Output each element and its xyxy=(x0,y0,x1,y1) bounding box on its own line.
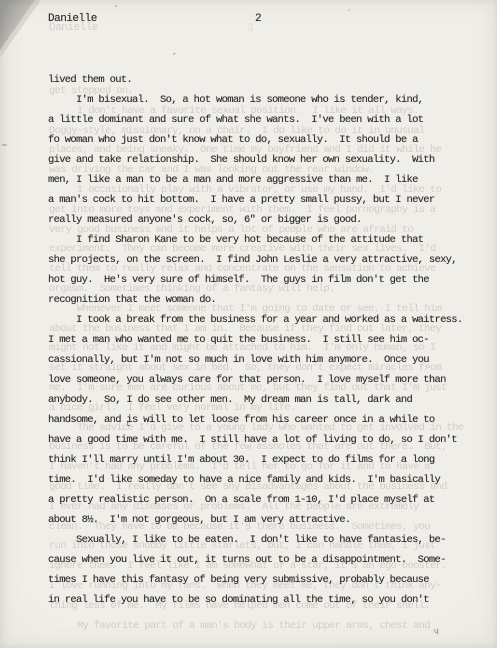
text-line: men, I like a man to be a man and more a… xyxy=(48,170,462,190)
text-line: I took a break from the business for a y… xyxy=(48,310,462,330)
text-line: I'm bisexual. So, a hot woman is someone… xyxy=(48,90,462,110)
typewritten-text: lived them out. I'm bisexual. So, a hot … xyxy=(48,70,462,610)
text-line: I find Sharon Kane to be very hot becaus… xyxy=(48,230,462,250)
text-line: about 8½. I'm not gorgeous, but I am ver… xyxy=(48,510,462,530)
text-line: lived them out. xyxy=(48,70,462,90)
text-line: cause when you live it out, it turns out… xyxy=(48,550,462,570)
text-line: fo woman who just don't know what to do,… xyxy=(48,130,462,150)
text-line: Sexually, I like to be eaten. I don't li… xyxy=(48,530,462,550)
text-line: handsome, and is will to let loose from … xyxy=(48,410,462,430)
text-line: hot guy. He's very sure of himself. The … xyxy=(48,270,462,290)
text-line: a man's cock to hit bottom. I have a pre… xyxy=(48,190,462,210)
bleedthrough-line: My favorite part of a man's body is thei… xyxy=(49,617,463,637)
page-number-ghost: 3 xyxy=(247,23,253,35)
folded-corner xyxy=(0,0,35,50)
correction-mark: t xyxy=(126,420,131,429)
text-line: think I'll marry until I'm about 30. I e… xyxy=(48,450,462,470)
scanned-page: Danielle Danielle 3 2 get stepped on. I … xyxy=(0,0,497,648)
text-line: time. I'd like someday to have a nice fa… xyxy=(48,470,462,490)
scan-speck xyxy=(115,5,117,7)
scan-speck xyxy=(348,9,350,11)
text-line: times I have this fantasy of being very … xyxy=(48,570,462,590)
scan-speck xyxy=(428,366,430,368)
text-line: in real life you have to be so dominatin… xyxy=(48,590,462,610)
text-line: really measured anyone's cock, so, 6" or… xyxy=(48,210,462,230)
text-line: anybody. So, I do see other men. My drea… xyxy=(48,390,462,410)
scan-speck xyxy=(2,144,7,146)
text-line: recognition that the woman do. xyxy=(48,290,462,310)
text-line: she projects, on the screen. I find John… xyxy=(48,250,462,270)
page-header-name: Danielle xyxy=(48,13,97,25)
text-line: have a good time with me. I still have a… xyxy=(48,430,462,450)
text-line: I met a man who wanted me to quit the bu… xyxy=(48,330,462,350)
text-line: a little dominant and sure of what she w… xyxy=(48,110,462,130)
text-line: a pretty realistic person. On a scale fr… xyxy=(48,490,462,510)
text-line: love someone, you always care for that p… xyxy=(48,370,462,390)
stray-pen-tick: ´ xyxy=(169,53,178,66)
text-line: give and take relationship. She should k… xyxy=(48,150,462,170)
page-number: 2 xyxy=(255,13,261,25)
text-line: cassionally, but I'm not so much in love… xyxy=(48,350,462,370)
